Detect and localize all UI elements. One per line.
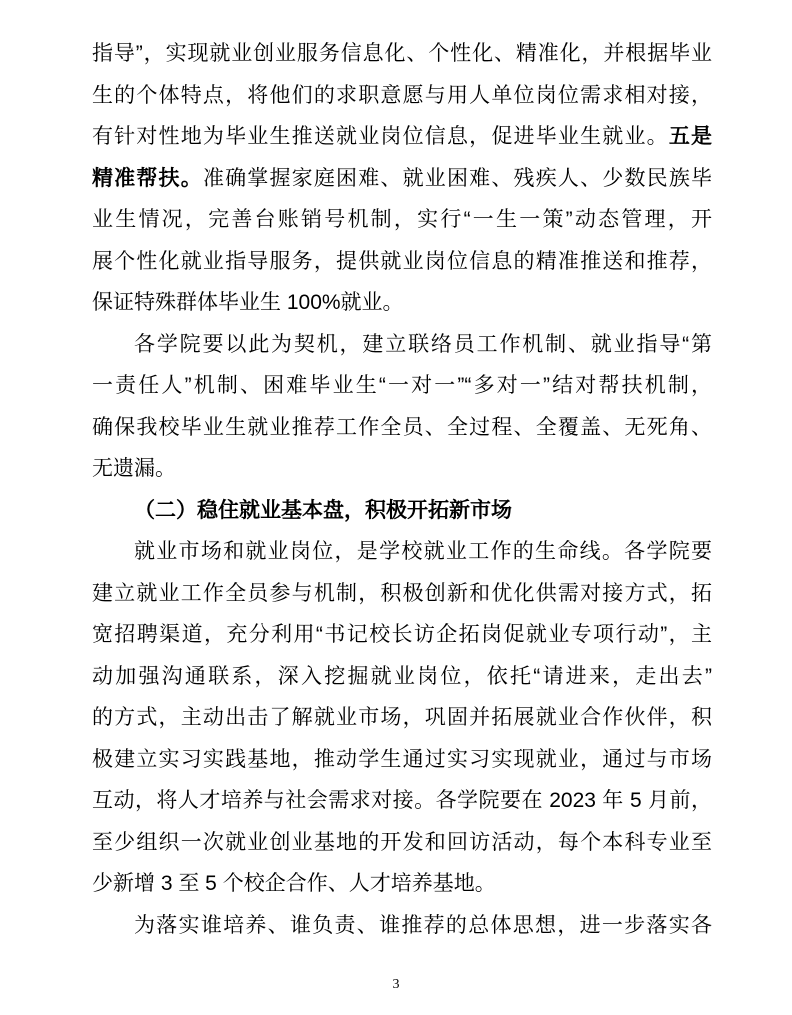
- text-segment: 的方式，主动出击了解就业市场，巩固并拓展就业合作伙伴，积: [92, 706, 712, 729]
- text-segment: 少新增 3 至 5 个校企合作、人才培养基地。: [92, 872, 496, 895]
- text-line: 有针对性地为毕业生推送就业岗位信息，促进毕业生就业。五是: [92, 116, 712, 158]
- text-line: 极建立实习实践基地，推动学生通过实习实现就业，通过与市场: [92, 739, 712, 781]
- text-line: 精准帮扶。准确掌握家庭困难、就业困难、残疾人、少数民族毕: [92, 158, 712, 200]
- text-line: 的方式，主动出击了解就业市场，巩固并拓展就业合作伙伴，积: [92, 697, 712, 739]
- text-line: 业生情况，完善台账销号机制，实行“一生一策”动态管理，开: [92, 199, 712, 241]
- text-line: 确保我校毕业生就业推荐工作全员、全过程、全覆盖、无死角、: [92, 407, 712, 449]
- text-line: 宽招聘渠道，充分利用“书记校长访企拓岗促就业专项行动”，主: [92, 614, 712, 656]
- page-number: 3: [0, 977, 792, 993]
- text-segment: 极建立实习实践基地，推动学生通过实习实现就业，通过与市场: [92, 748, 712, 771]
- document-page: 指导”，实现就业创业服务信息化、个性化、精准化，并根据毕业生的个体特点，将他们的…: [0, 0, 792, 1015]
- text-segment: （二）稳住就业基本盘，积极开拓新市场: [134, 499, 512, 522]
- text-line: 动加强沟通联系，深入挖掘就业岗位，依托“请进来，走出去”: [92, 656, 712, 698]
- text-line: 为落实谁培养、谁负责、谁推荐的总体思想，进一步落实各: [92, 905, 712, 947]
- text-segment: 动加强沟通联系，深入挖掘就业岗位，依托“请进来，走出去”: [92, 665, 712, 688]
- text-segment: 展个性化就业指导服务，提供就业岗位信息的精准推送和推荐，: [92, 250, 712, 273]
- document-body: 指导”，实现就业创业服务信息化、个性化、精准化，并根据毕业生的个体特点，将他们的…: [92, 33, 712, 946]
- text-line: 保证特殊群体毕业生 100%就业。: [92, 282, 712, 324]
- text-segment: 一责任人”机制、困难毕业生“一对一”“多对一”结对帮扶机制，: [92, 374, 712, 397]
- text-line: 生的个体特点，将他们的求职意愿与用人单位岗位需求相对接，: [92, 75, 712, 117]
- text-segment: 有针对性地为毕业生推送就业岗位信息，促进毕业生就业。: [92, 125, 669, 148]
- text-segment: 建立就业工作全员参与机制，积极创新和优化供需对接方式，拓: [92, 582, 712, 605]
- text-line: 指导”，实现就业创业服务信息化、个性化、精准化，并根据毕业: [92, 33, 712, 75]
- text-line: 展个性化就业指导服务，提供就业岗位信息的精准推送和推荐，: [92, 241, 712, 283]
- text-segment: 无遗漏。: [92, 457, 176, 480]
- text-segment: 确保我校毕业生就业推荐工作全员、全过程、全覆盖、无死角、: [92, 416, 712, 439]
- text-segment: 为落实谁培养、谁负责、谁推荐的总体思想，进一步落实各: [134, 914, 712, 937]
- text-segment: 互动，将人才培养与社会需求对接。各学院要在 2023 年 5 月前，: [92, 789, 712, 812]
- text-line: 至少组织一次就业创业基地的开发和回访活动，每个本科专业至: [92, 822, 712, 864]
- section-heading: （二）稳住就业基本盘，积极开拓新市场: [92, 490, 712, 532]
- text-line: 无遗漏。: [92, 448, 712, 490]
- text-line: 就业市场和就业岗位，是学校就业工作的生命线。各学院要: [92, 531, 712, 573]
- text-line: 少新增 3 至 5 个校企合作、人才培养基地。: [92, 863, 712, 905]
- text-segment: 精准帮扶。: [92, 167, 203, 190]
- text-segment: 至少组织一次就业创业基地的开发和回访活动，每个本科专业至: [92, 831, 712, 854]
- text-line: 一责任人”机制、困难毕业生“一对一”“多对一”结对帮扶机制，: [92, 365, 712, 407]
- text-line: 建立就业工作全员参与机制，积极创新和优化供需对接方式，拓: [92, 573, 712, 615]
- text-segment: 准确掌握家庭困难、就业困难、残疾人、少数民族毕: [203, 167, 712, 190]
- text-line: 互动，将人才培养与社会需求对接。各学院要在 2023 年 5 月前，: [92, 780, 712, 822]
- text-line: 各学院要以此为契机，建立联络员工作机制、就业指导“第: [92, 324, 712, 366]
- text-segment: 生的个体特点，将他们的求职意愿与用人单位岗位需求相对接，: [92, 84, 712, 107]
- text-segment: 五是: [669, 125, 712, 148]
- text-segment: 各学院要以此为契机，建立联络员工作机制、就业指导“第: [134, 333, 712, 356]
- text-segment: 业生情况，完善台账销号机制，实行“一生一策”动态管理，开: [92, 208, 712, 231]
- text-segment: 就业市场和就业岗位，是学校就业工作的生命线。各学院要: [134, 540, 712, 563]
- text-segment: 宽招聘渠道，充分利用“书记校长访企拓岗促就业专项行动”，主: [92, 623, 712, 646]
- text-segment: 保证特殊群体毕业生 100%就业。: [92, 291, 404, 314]
- text-segment: 指导”，实现就业创业服务信息化、个性化、精准化，并根据毕业: [92, 42, 712, 65]
